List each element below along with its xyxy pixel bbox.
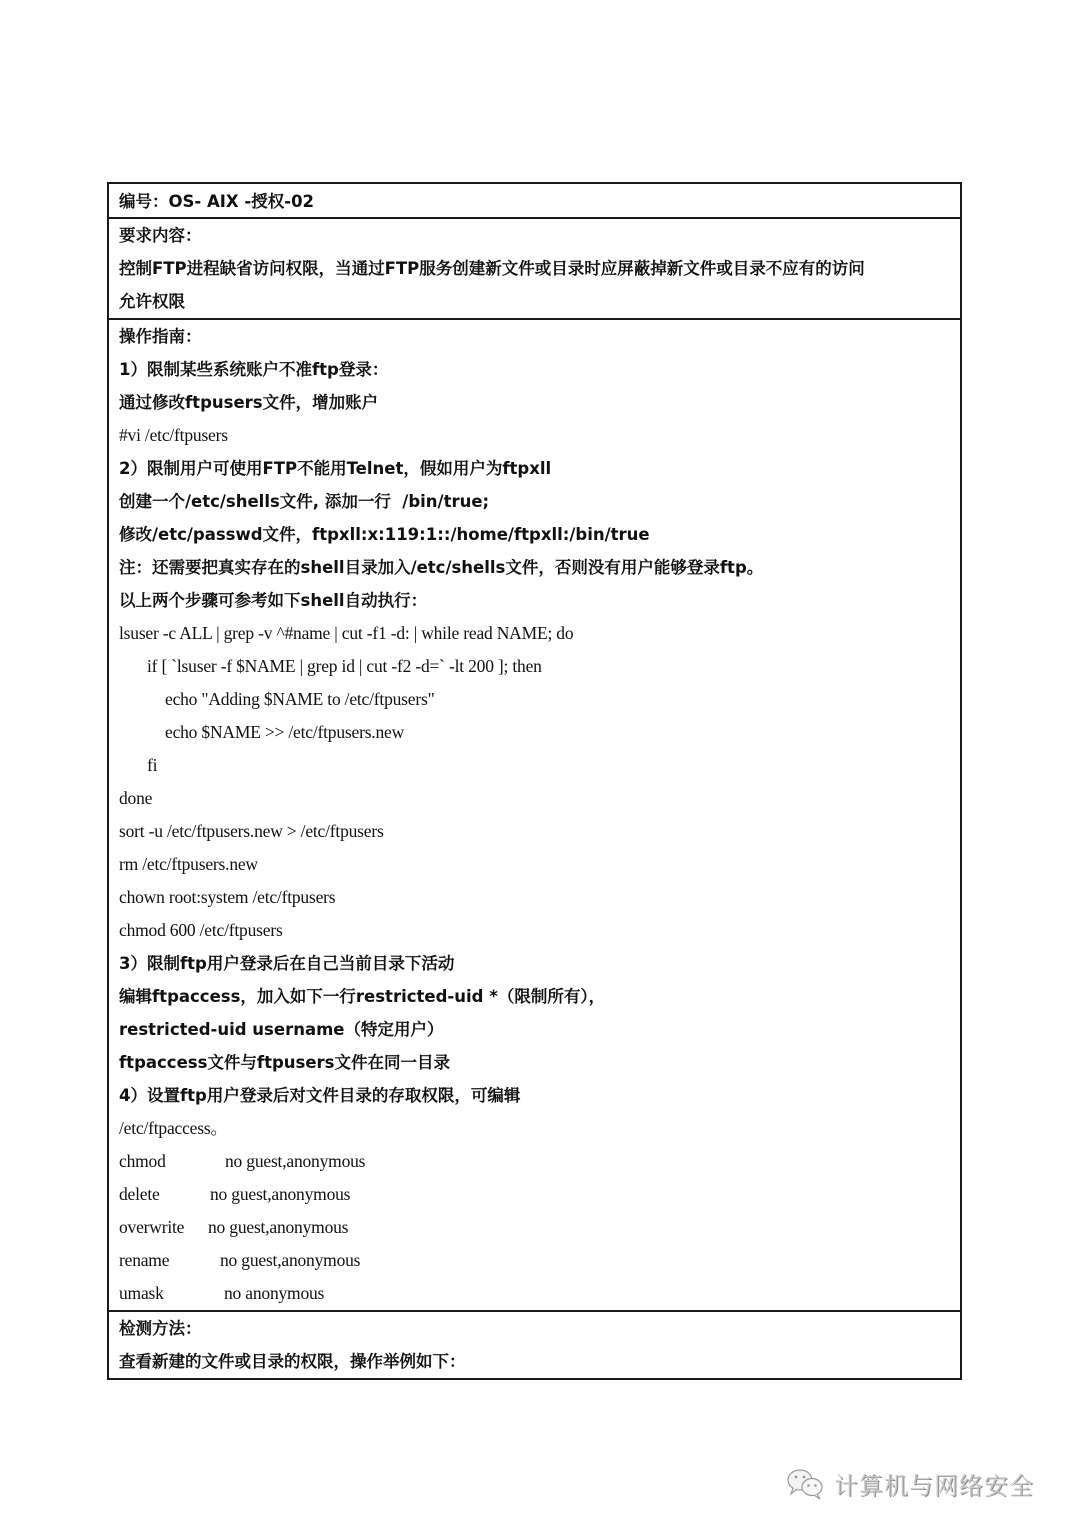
setting-row: rename no guest,anonymous: [119, 1244, 960, 1277]
setting-row: delete no guest,anonymous: [119, 1178, 960, 1211]
setting-row: chmod no guest,anonymous: [119, 1145, 960, 1178]
script-line: chmod 600 /etc/ftpusers: [119, 914, 960, 947]
script-line: if [ `lsuser -f $NAME | grep id | cut -f…: [119, 650, 960, 683]
setting-value: no guest,anonymous: [210, 1178, 350, 1211]
wechat-icon: [786, 1468, 826, 1500]
detection-heading: 检测方法：: [119, 1312, 960, 1345]
id-row: 编号：OS- AIX -授权-02: [109, 184, 960, 219]
script-line: echo $NAME >> /etc/ftpusers.new: [119, 716, 960, 749]
setting-key: overwrite: [119, 1211, 208, 1244]
detection-line: 查看新建的文件或目录的权限，操作举例如下：: [119, 1345, 960, 1378]
step3-line: 编辑ftpaccess，加入如下一行restricted-uid *（限制所有）…: [119, 980, 960, 1013]
setting-key: umask: [119, 1277, 224, 1310]
script-line: fi: [119, 749, 960, 782]
step1-command: #vi /etc/ftpusers: [119, 419, 960, 452]
step2-note: 注：还需要把真实存在的shell目录加入/etc/shells文件，否则没有用户…: [119, 551, 960, 584]
step2-line: 创建一个/etc/shells文件, 添加一行 /bin/true;: [119, 485, 960, 518]
step3-line: restricted-uid username（特定用户）: [119, 1013, 960, 1046]
script-line: done: [119, 782, 960, 815]
watermark: 计算机与网络安全: [786, 1466, 1034, 1501]
script-line: chown root:system /etc/ftpusers: [119, 881, 960, 914]
setting-value: no guest,anonymous: [220, 1244, 360, 1277]
requirement-heading: 要求内容：: [119, 219, 960, 252]
script-line: sort -u /etc/ftpusers.new > /etc/ftpuser…: [119, 815, 960, 848]
detection-section: 检测方法： 查看新建的文件或目录的权限，操作举例如下：: [109, 1312, 960, 1378]
guide-heading: 操作指南：: [119, 320, 960, 353]
setting-key: rename: [119, 1244, 220, 1277]
setting-value: no guest,anonymous: [208, 1211, 348, 1244]
step3-title: 3）限制ftp用户登录后在自己当前目录下活动: [119, 947, 960, 980]
step2-title: 2）限制用户可使用FTP不能用Telnet，假如用户为ftpxll: [119, 452, 960, 485]
requirement-line: 控制FTP进程缺省访问权限，当通过FTP服务创建新文件或目录时应屏蔽掉新文件或目…: [119, 252, 960, 285]
setting-key: delete: [119, 1178, 210, 1211]
script-line: rm /etc/ftpusers.new: [119, 848, 960, 881]
requirement-section: 要求内容： 控制FTP进程缺省访问权限，当通过FTP服务创建新文件或目录时应屏蔽…: [109, 219, 960, 320]
script-line: lsuser -c ALL | grep -v ^#name | cut -f1…: [119, 617, 960, 650]
requirement-line: 允许权限: [119, 285, 960, 318]
guide-section: 操作指南： 1）限制某些系统账户不准ftp登录： 通过修改ftpusers文件，…: [109, 320, 960, 1312]
step4-title: 4）设置ftp用户登录后对文件目录的存取权限，可编辑: [119, 1079, 960, 1112]
setting-key: chmod: [119, 1145, 225, 1178]
step1-title: 1）限制某些系统账户不准ftp登录：: [119, 353, 960, 386]
setting-row: overwrite no guest,anonymous: [119, 1211, 960, 1244]
setting-row: umask no anonymous: [119, 1277, 960, 1310]
step4-line: /etc/ftpaccess。: [119, 1112, 960, 1145]
step2-line: 修改/etc/passwd文件，ftpxll:x:119:1::/home/ft…: [119, 518, 960, 551]
setting-value: no anonymous: [224, 1277, 324, 1310]
document-table: 编号：OS- AIX -授权-02 要求内容： 控制FTP进程缺省访问权限，当通…: [107, 182, 962, 1380]
step2-line: 以上两个步骤可参考如下shell自动执行：: [119, 584, 960, 617]
script-line: echo "Adding $NAME to /etc/ftpusers": [119, 683, 960, 716]
step1-line: 通过修改ftpusers文件，增加账户: [119, 386, 960, 419]
setting-value: no guest,anonymous: [225, 1145, 365, 1178]
watermark-text: 计算机与网络安全: [834, 1466, 1034, 1501]
step3-line: ftpaccess文件与ftpusers文件在同一目录: [119, 1046, 960, 1079]
document-id: 编号：OS- AIX -授权-02: [119, 184, 960, 217]
